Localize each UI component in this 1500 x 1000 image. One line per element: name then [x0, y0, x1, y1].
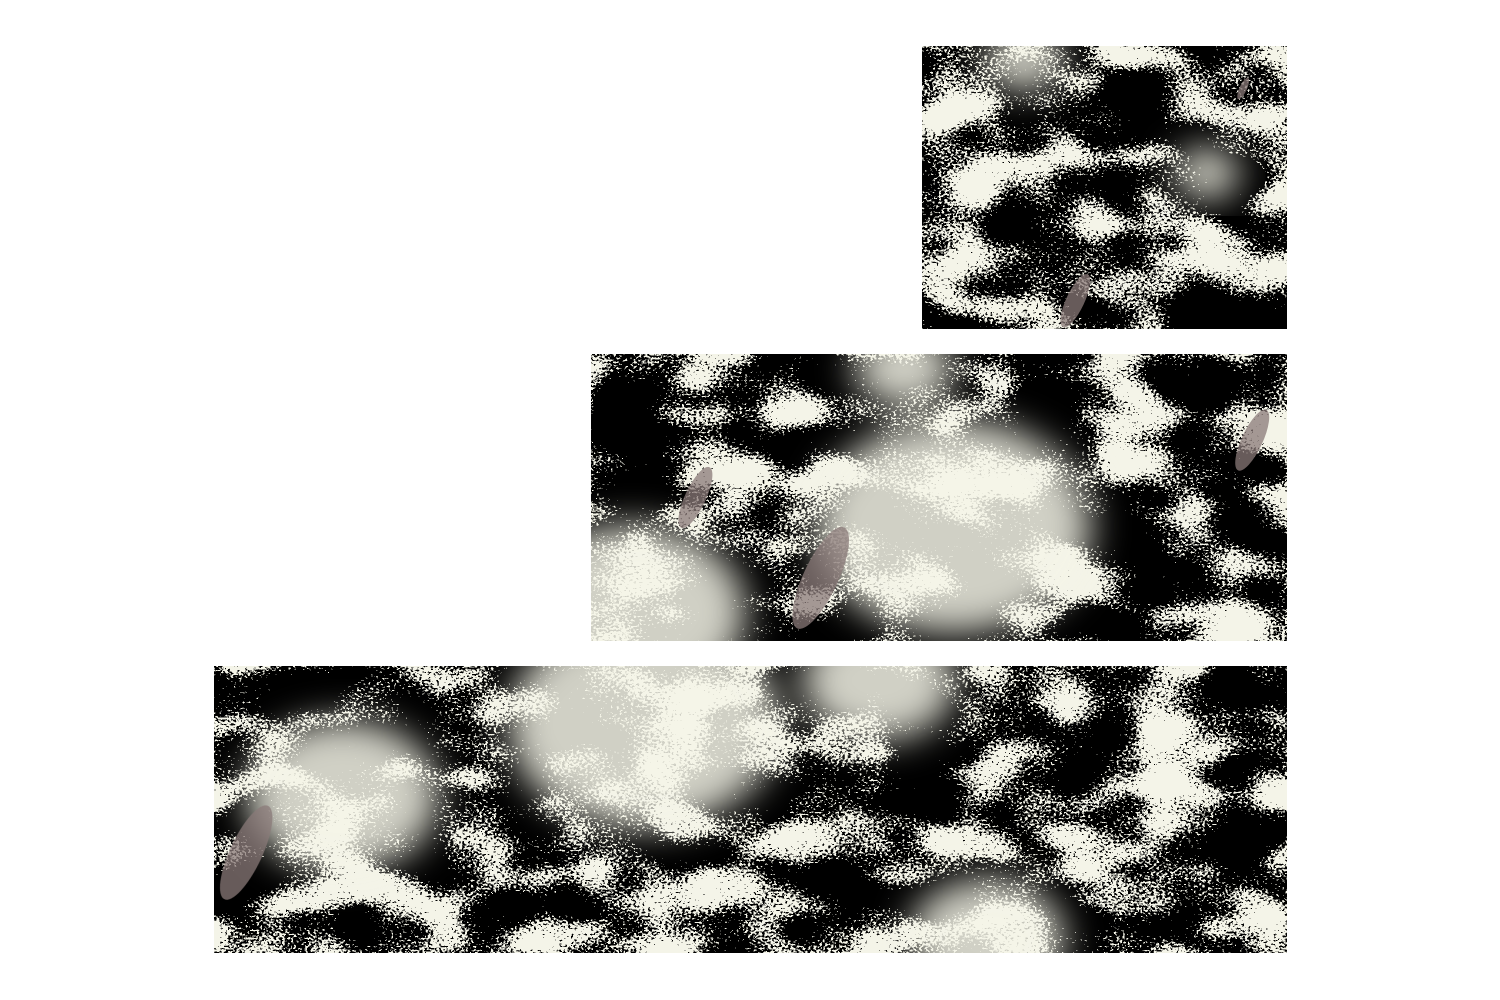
texture-bottom [214, 666, 1287, 953]
art-panel-top [922, 46, 1287, 329]
texture-top [922, 46, 1287, 329]
texture-middle [591, 354, 1287, 641]
art-panel-middle [591, 354, 1287, 641]
artwork-canvas [0, 0, 1500, 1000]
art-panel-bottom [214, 666, 1287, 953]
